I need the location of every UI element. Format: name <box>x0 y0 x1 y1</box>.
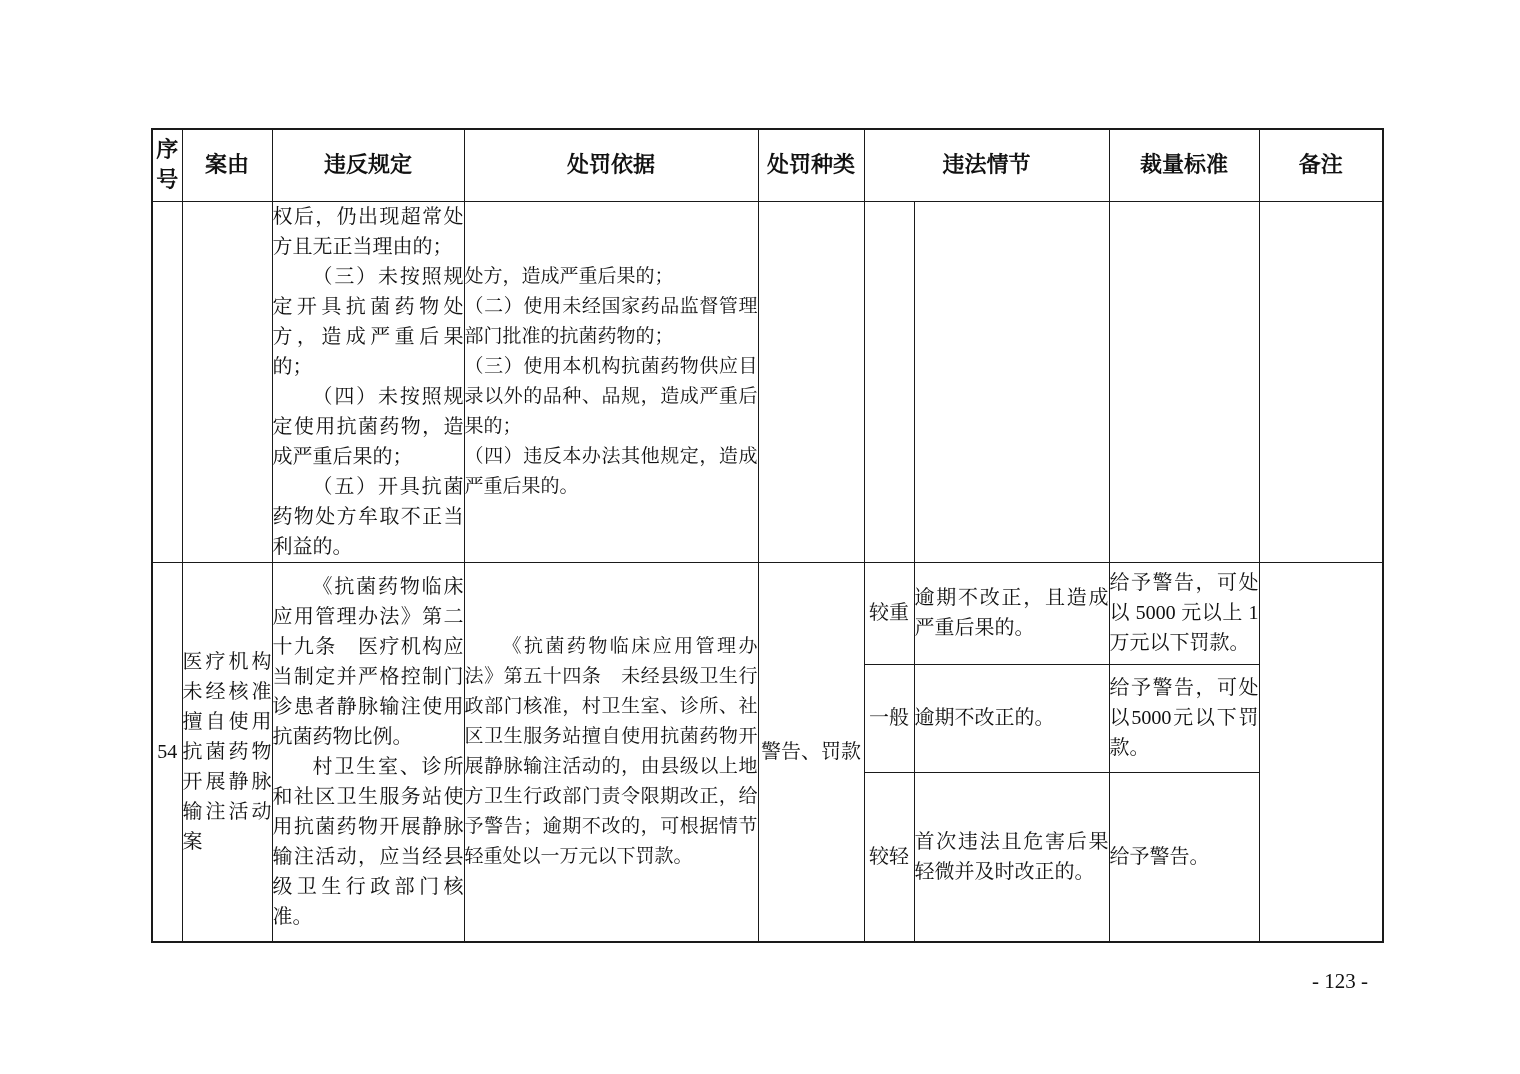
paragraph: （四）违反本办法其他规定，造成严重后果的。 <box>465 442 758 502</box>
cell-index-empty <box>152 201 182 562</box>
cell-severity-lighter: 较轻 <box>864 772 914 942</box>
cell-penalty-basis-continuation: 处方，造成严重后果的； （二）使用未经国家药品监督管理部门批准的抗菌药物的； （… <box>464 201 758 562</box>
cell-remarks-empty <box>1259 201 1383 562</box>
cell-circumstance-lighter: 首次违法且危害后果轻微并及时改正的。 <box>914 772 1109 942</box>
cell-cause-54: 医疗机构未经核准擅自使用抗菌药物开展静脉输注活动案 <box>182 562 272 942</box>
column-header-circumstances: 违法情节 <box>864 129 1109 201</box>
column-header-penalty-type: 处罚种类 <box>758 129 864 201</box>
paragraph: （三）使用本机构抗菌药物供应目录以外的品种、品规，造成严重后果的； <box>465 352 758 442</box>
cell-severity-empty <box>864 201 914 562</box>
paragraph: 处方，造成严重后果的； <box>465 262 758 292</box>
cell-circumstance-general: 逾期不改正的。 <box>914 664 1109 772</box>
cell-discretion-empty <box>1109 201 1259 562</box>
paragraph: （三）未按照规定开具抗菌药物处方，造成严重后果的； <box>273 262 464 382</box>
paragraph: 权后，仍出现超常处方且无正当理由的； <box>273 202 464 262</box>
cell-discretion-lighter: 给予警告。 <box>1109 772 1259 942</box>
paragraph: 给予警告。 <box>1110 842 1259 872</box>
cell-violation-54: 《抗菌药物临床应用管理办法》第二十九条 医疗机构应当制定并严格控制门诊患者静脉输… <box>272 562 464 942</box>
paragraph: 首次违法且危害后果轻微并及时改正的。 <box>915 827 1109 887</box>
cell-penalty-basis-54: 《抗菌药物临床应用管理办法》第五十四条 未经县级卫生行政部门核准，村卫生室、诊所… <box>464 562 758 942</box>
paragraph: 给予警告，可处以 5000 元以上 1 万元以下罚款。 <box>1110 568 1259 658</box>
cell-penalty-type-empty <box>758 201 864 562</box>
table-header-row: 序号 案由 违反规定 处罚依据 处罚种类 违法情节 裁量标准 备注 <box>152 129 1383 201</box>
cell-cause-empty <box>182 201 272 562</box>
paragraph: 给予警告，可处以5000元以下罚款。 <box>1110 673 1259 763</box>
table-row-54-heavier: 54 医疗机构未经核准擅自使用抗菌药物开展静脉输注活动案 《抗菌药物临床应用管理… <box>152 562 1383 664</box>
cell-remarks-54-empty <box>1259 562 1383 942</box>
cell-severity-general: 一般 <box>864 664 914 772</box>
cell-discretion-heavier: 给予警告，可处以 5000 元以上 1 万元以下罚款。 <box>1109 562 1259 664</box>
cell-violation-continuation: 权后，仍出现超常处方且无正当理由的； （三）未按照规定开具抗菌药物处方，造成严重… <box>272 201 464 562</box>
penalty-discretion-table: 序号 案由 违反规定 处罚依据 处罚种类 违法情节 裁量标准 备注 权后，仍出现… <box>151 128 1384 943</box>
cell-penalty-type-54: 警告、罚款 <box>758 562 864 942</box>
cell-circumstance-empty <box>914 201 1109 562</box>
page-number: - 123 - <box>1275 968 1405 994</box>
cell-severity-heavier: 较重 <box>864 562 914 664</box>
paragraph: 《抗菌药物临床应用管理办法》第五十四条 未经县级卫生行政部门核准，村卫生室、诊所… <box>465 632 758 872</box>
column-header-remarks: 备注 <box>1259 129 1383 201</box>
paragraph: 村卫生室、诊所和社区卫生服务站使用抗菌药物开展静脉输注活动，应当经县级卫生行政部… <box>273 752 464 932</box>
paragraph: （二）使用未经国家药品监督管理部门批准的抗菌药物的； <box>465 292 758 352</box>
column-header-violation: 违反规定 <box>272 129 464 201</box>
paragraph: 逾期不改正，且造成严重后果的。 <box>915 583 1109 643</box>
paragraph: （五）开具抗菌药物处方牟取不正当利益的。 <box>273 472 464 562</box>
column-header-penalty-basis: 处罚依据 <box>464 129 758 201</box>
paragraph: （四）未按照规定使用抗菌药物，造成严重后果的； <box>273 382 464 472</box>
table-row-continuation: 权后，仍出现超常处方且无正当理由的； （三）未按照规定开具抗菌药物处方，造成严重… <box>152 201 1383 562</box>
paragraph: 逾期不改正的。 <box>915 703 1109 733</box>
cell-index-54: 54 <box>152 562 182 942</box>
document-page: 序号 案由 违反规定 处罚依据 处罚种类 违法情节 裁量标准 备注 权后，仍出现… <box>0 0 1520 1074</box>
column-header-index: 序号 <box>152 129 182 201</box>
cell-discretion-general: 给予警告，可处以5000元以下罚款。 <box>1109 664 1259 772</box>
paragraph: 《抗菌药物临床应用管理办法》第二十九条 医疗机构应当制定并严格控制门诊患者静脉输… <box>273 572 464 752</box>
column-header-cause: 案由 <box>182 129 272 201</box>
cell-circumstance-heavier: 逾期不改正，且造成严重后果的。 <box>914 562 1109 664</box>
column-header-discretion: 裁量标准 <box>1109 129 1259 201</box>
